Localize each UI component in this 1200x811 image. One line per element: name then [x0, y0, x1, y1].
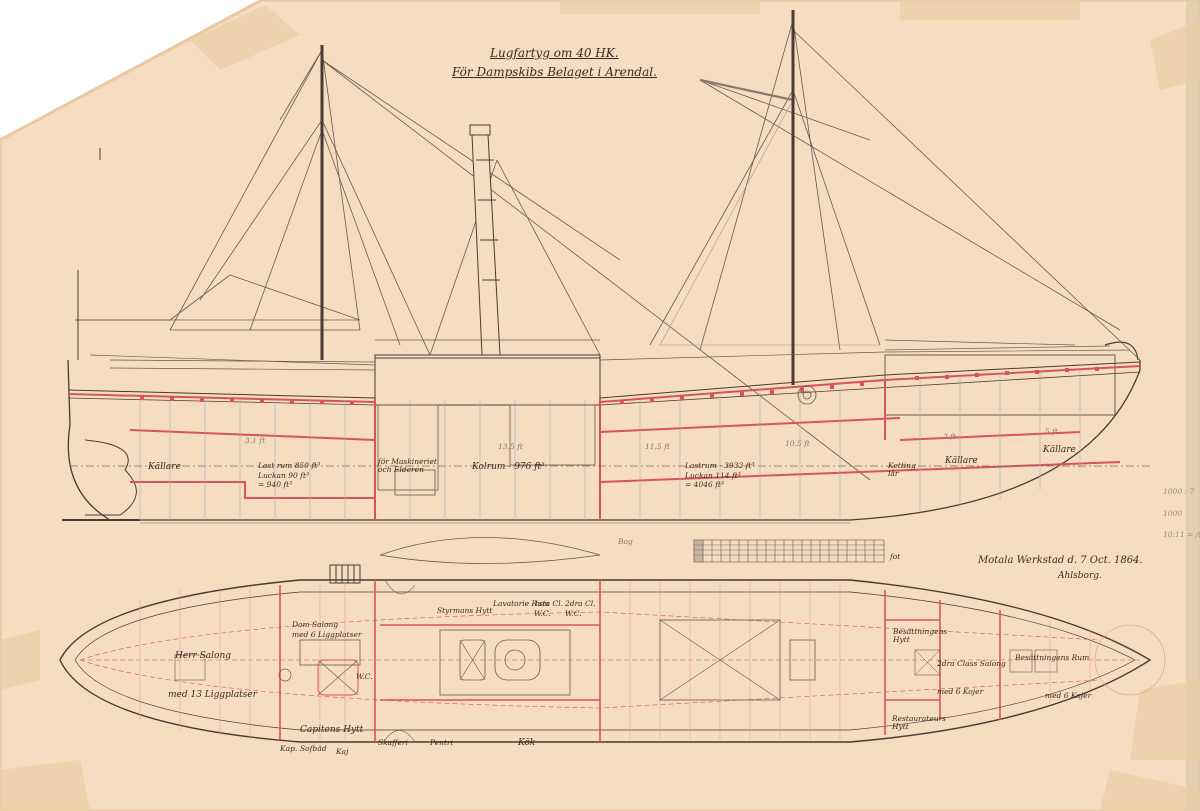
room-kok: Kök	[518, 739, 535, 748]
room-herr-salong: Herr Salong	[175, 652, 231, 661]
room-2nd-class-salong: 2dra Class Salong med 6 Kojer	[937, 660, 1006, 695]
elev-label-kallare-mid: Källare	[945, 457, 978, 466]
room-wc-1st: 1sta Cl. W.C.	[534, 600, 563, 617]
room-dam-salong: Dam Salong med 6 Liggplatser	[292, 621, 361, 638]
elev-label-lastrum-fwd: Lastrum - 3932 ft³ Luckan 114 ft³ = 4046…	[685, 462, 754, 489]
room-restaurateur-hytt: Restaurateurs Hytt	[892, 715, 942, 730]
elev-label-kallare-fwd: Källare	[1043, 446, 1076, 455]
height-mark: 11,5 ft	[645, 443, 670, 451]
room-herr-salong-detail: med 13 Liggplatser	[168, 691, 257, 700]
height-mark: 13,5 ft	[498, 443, 523, 451]
scale-unit-label: fot	[890, 553, 900, 561]
room-styrmans-hytt: Styrmans Hytt	[437, 607, 492, 615]
height-mark: 3 ft	[943, 433, 956, 441]
drawing-subtitle: För Dampskibs Belaget i Arendal.	[452, 66, 657, 78]
room-besattning-rum: Besättningens Rum med 6 Kojer	[1015, 654, 1091, 699]
bow-mark: Bog	[618, 538, 633, 546]
signature-line: Motala Werkstad d. 7 Oct. 1864.	[978, 556, 1143, 566]
room-besattning-hytt: Besättningens Hytt	[893, 628, 943, 643]
room-capitens-hytt: Capitens Hytt	[300, 726, 363, 735]
elev-label-kolrum: Kolrum - 976 ft³	[472, 463, 545, 472]
room-kaj: Kaj	[336, 748, 348, 756]
room-skafferi: Skafferi	[378, 739, 408, 747]
ship-plan-sheet: Lugfartyg om 40 HK. För Dampskibs Belage…	[0, 0, 1200, 811]
signature-name: Ahlsborg.	[1058, 572, 1102, 581]
drawing-title: Lugfartyg om 40 HK.	[490, 47, 619, 59]
elev-label-machinery: för Maskineriet och Elderen	[378, 458, 438, 473]
elev-label-kallare-aft: Källare	[148, 463, 181, 472]
elev-label-ketting-lar: Ketting lår	[888, 462, 914, 477]
margin-notes: 1000 : 7 1000 10:11 = /85	[1163, 488, 1200, 539]
height-mark: 10,5 ft	[785, 440, 810, 448]
height-mark: 5 ft	[1045, 428, 1058, 436]
room-wc: W.C.	[356, 673, 373, 681]
room-sofbad: Sofbäd	[300, 745, 327, 753]
height-mark: 3,1 ft	[245, 437, 265, 445]
room-kap: Kap.	[280, 745, 297, 753]
room-pentri: Pentri	[430, 739, 453, 747]
elev-label-lastrum-aft: Last rum 850 ft³ Luckan 90 ft³ = 940 ft³	[258, 462, 320, 489]
room-wc-2nd: 2dra Cl. W.C.	[565, 600, 596, 617]
